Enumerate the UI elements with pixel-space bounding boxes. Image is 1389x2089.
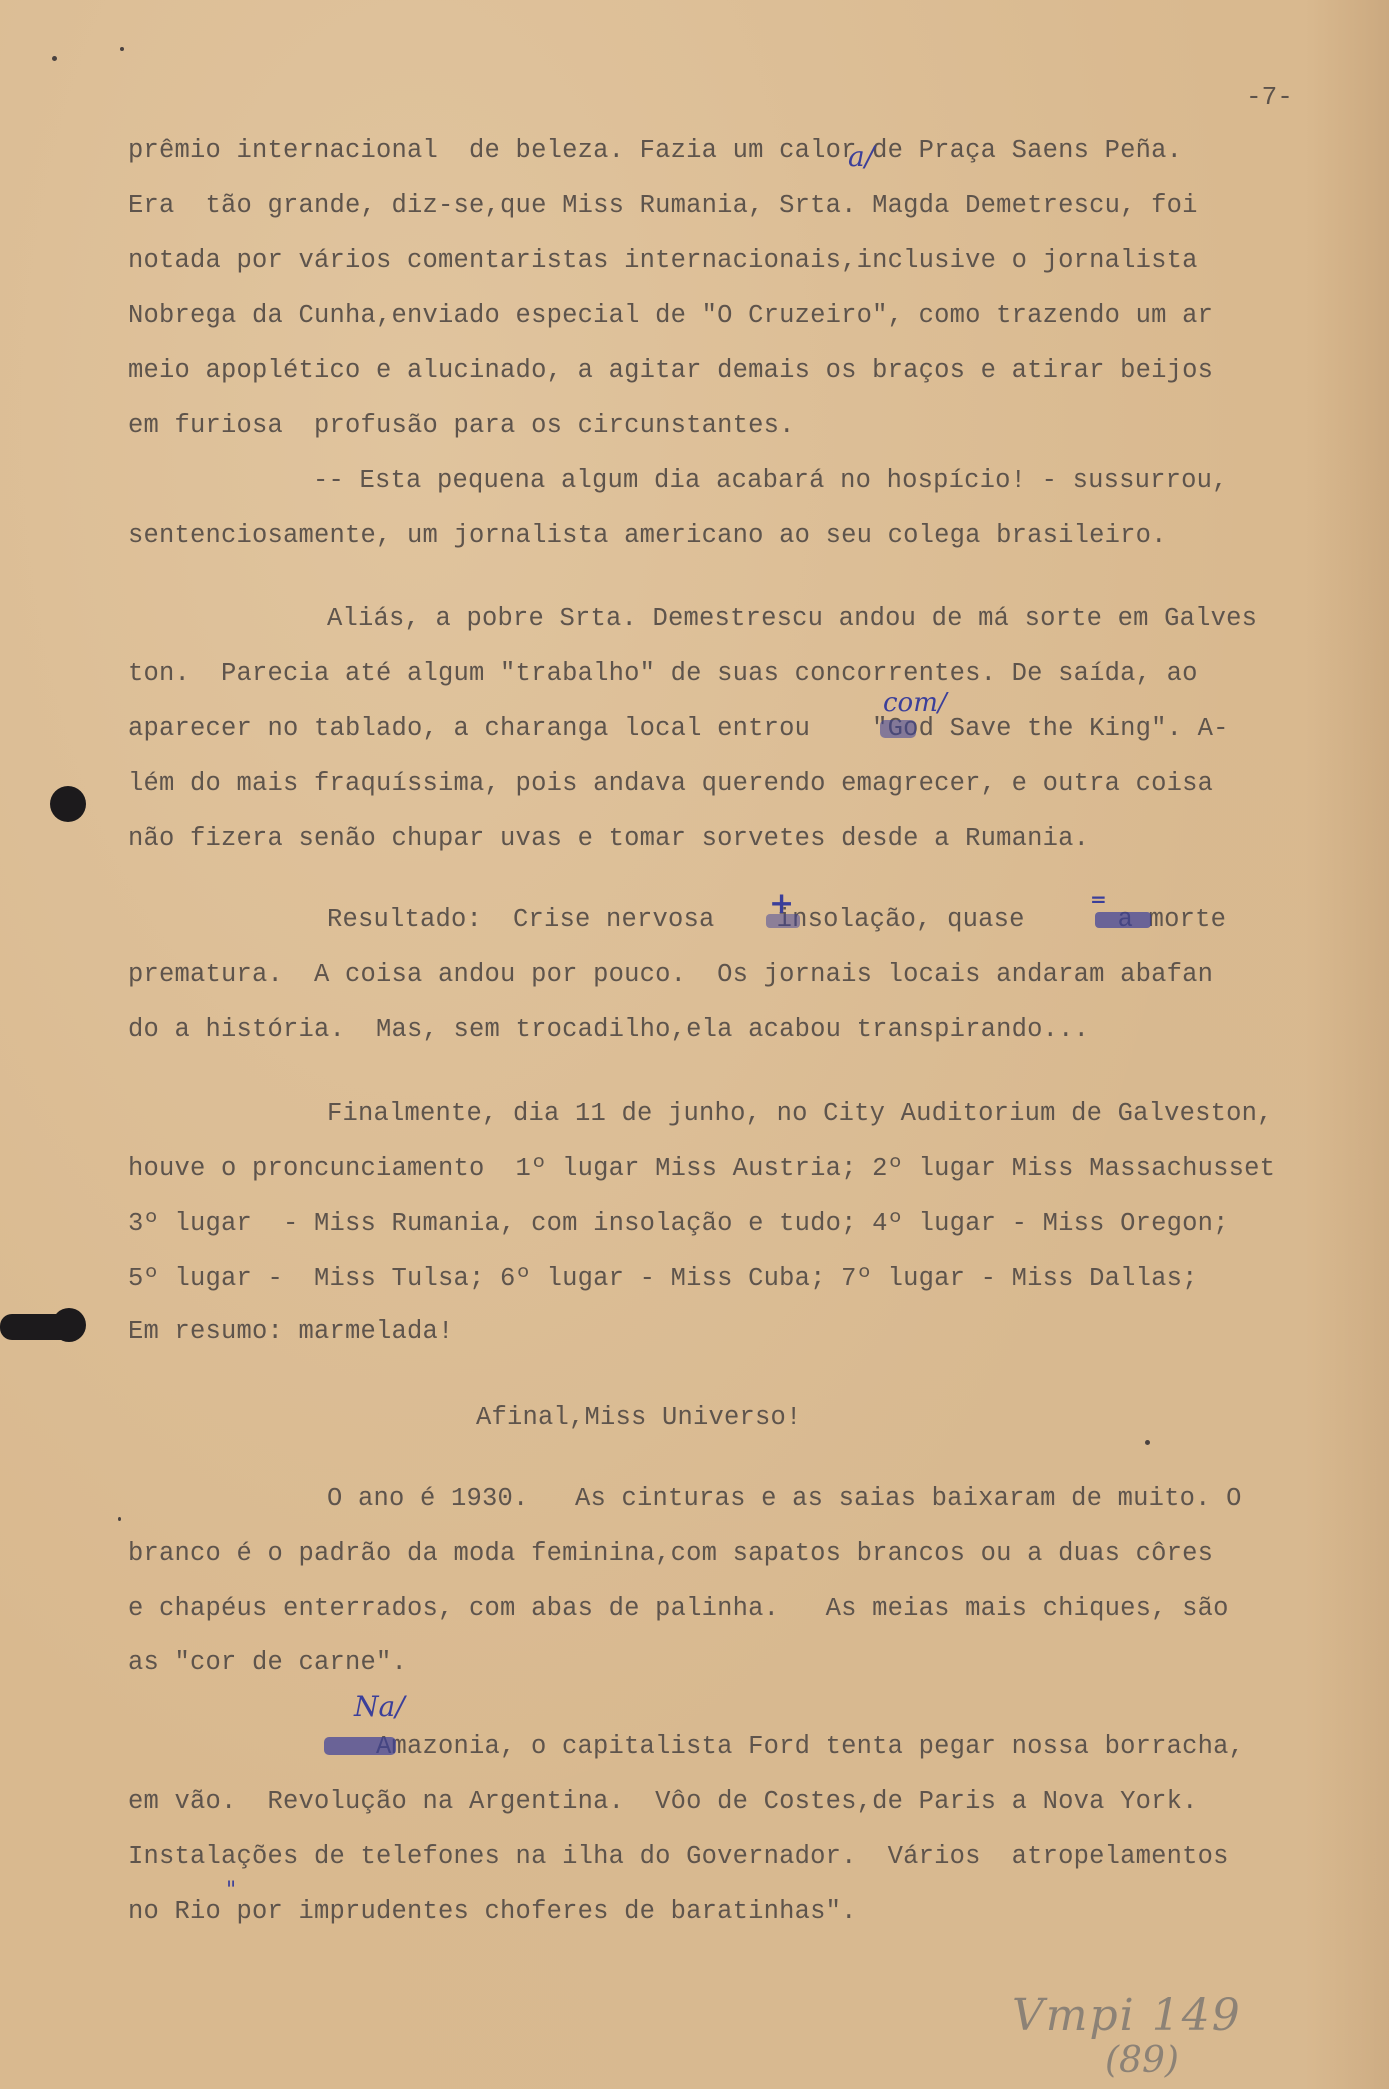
text-line: lém do mais fraquíssima, pois andava que… — [128, 769, 1213, 798]
text-line: aparecer no tablado, a charanga local en… — [128, 714, 1229, 743]
annotation-insert-a: a/ — [848, 140, 874, 173]
text-line: do a história. Mas, sem trocadilho,ela a… — [128, 1015, 1089, 1044]
document-page: -7- prêmio internacional de beleza. Fazi… — [0, 0, 1389, 2089]
text-line: em furiosa profusão para os circunstante… — [128, 411, 795, 440]
text-line: meio apoplético e alucinado, a agitar de… — [128, 356, 1213, 385]
page-number: -7- — [1246, 82, 1293, 112]
text-line: e chapéus enterrados, com abas de palinh… — [128, 1594, 1229, 1623]
text-line: prematura. A coisa andou por pouco. Os j… — [128, 960, 1213, 989]
section-heading: Afinal,Miss Universo! — [476, 1403, 802, 1432]
text-line: as "cor de carne". — [128, 1648, 407, 1677]
punch-hole — [50, 786, 86, 822]
paper-speck — [1145, 1440, 1150, 1445]
strikethrough-e — [766, 914, 800, 928]
text-line: branco é o padrão da moda feminina,com s… — [128, 1539, 1213, 1568]
text-line: em vão. Revolução na Argentina. Vôo de C… — [128, 1787, 1198, 1816]
paper-speck — [120, 47, 124, 51]
text-line: sentenciosamente, um jornalista american… — [128, 521, 1167, 550]
text-line: prêmio internacional de beleza. Fazia um… — [128, 136, 1182, 165]
text-line: Aliás, a pobre Srta. Demestrescu andou d… — [327, 604, 1257, 633]
annotation-insert-equals: = — [1090, 887, 1107, 911]
strikethrough-word — [324, 1737, 396, 1755]
strikethrough-word — [1095, 912, 1151, 928]
text-line: Amazonia, o capitalista Ford tenta pegar… — [314, 1732, 1244, 1761]
text-line: houve o proncunciamento 1º lugar Miss Au… — [128, 1154, 1275, 1183]
annotation-insert-com: com/ — [883, 688, 947, 718]
text-line: no Rio por imprudentes choferes de barat… — [128, 1897, 857, 1926]
paper-speck — [118, 1517, 121, 1521]
annotation-insert-na: Na/ — [354, 1690, 405, 1723]
text-line: Finalmente, dia 11 de junho, no City Aud… — [327, 1099, 1273, 1128]
text-line: -- Esta pequena algum dia acabará no hos… — [313, 466, 1228, 495]
text-line: não fizera senão chupar uvas e tomar sor… — [128, 824, 1089, 853]
text-line: Em resumo: marmelada! — [128, 1317, 454, 1346]
text-line: notada por vários comentaristas internac… — [128, 246, 1198, 275]
punch-hole — [52, 1308, 86, 1342]
strikethrough-de — [880, 720, 916, 738]
annotation-quote-mark: " — [226, 1878, 236, 1903]
text-line: ton. Parecia até algum "trabalho" de sua… — [128, 659, 1198, 688]
paper-speck — [52, 56, 57, 61]
text-line: 3º lugar - Miss Rumania, com insolação e… — [128, 1209, 1229, 1238]
text-line: Nobrega da Cunha,enviado especial de "O … — [128, 301, 1213, 330]
text-line: O ano é 1930. As cinturas e as saias bai… — [327, 1484, 1242, 1513]
text-line: 5º lugar - Miss Tulsa; 6º lugar - Miss C… — [128, 1264, 1198, 1293]
text-line: Era tão grande, diz-se,que Miss Rumania,… — [128, 191, 1198, 220]
pencil-archive-note: Vmpi 149 — [1012, 1990, 1242, 2041]
text-line: Instalações de telefones na ilha do Gove… — [128, 1842, 1229, 1871]
pencil-archive-note-sub: (89) — [1105, 2040, 1179, 2081]
